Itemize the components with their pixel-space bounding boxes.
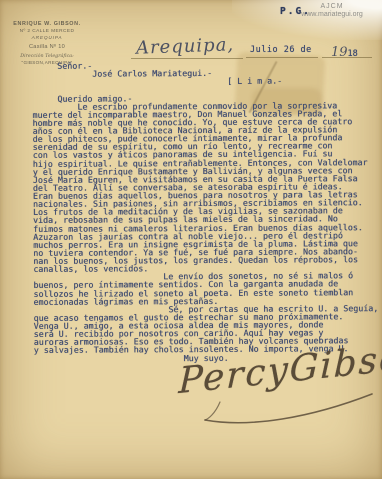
letterhead-telegraph-label: Dirección Telegráfica: [4,54,90,59]
letterhead-city: AREQUIPA [4,36,90,41]
dateline-rule [131,58,243,59]
dateline-rule [246,57,318,58]
letterhead: ENRIQUE W. GIBSON. Nº 2 CALLE MERCED ARE… [4,21,90,65]
dateline-rule [322,57,372,58]
letterhead-address: Nº 2 CALLE MERCED [4,29,90,34]
typed-date: Julio 26 de [250,45,312,55]
printed-place-name: Arequipa, [136,34,235,58]
letter-body: Señor.- José Carlos Mariategui.- [ L i m… [32,60,379,362]
scanned-letter-page: AJCM www.mariategui.org P.G. ENRIQUE W. … [0,0,382,479]
typed-initials: P.G. [280,6,311,17]
letterhead-name: ENRIQUE W. GIBSON. [4,21,90,27]
letterhead-pobox: Casilla Nº 10 [4,44,90,50]
